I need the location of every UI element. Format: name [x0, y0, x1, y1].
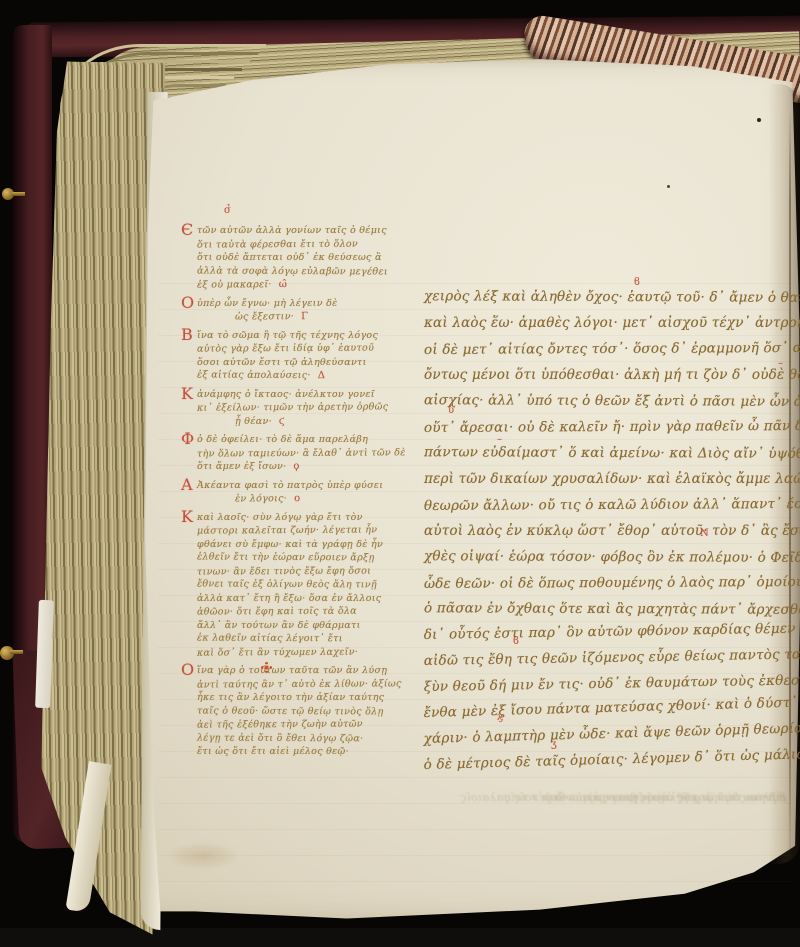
text-line: αἰσχίας· ἀλλ᾽ ὑπό τις ὁ θεῶν ἔξ ἀντὶ ὁ π…: [424, 387, 796, 415]
rubric-mark: ϐ: [513, 637, 519, 647]
text-line: ἀθῶον· ὅτι ἔφη καὶ τοῖς τὰ ὅλα: [197, 604, 399, 619]
text-line: οὕτ᾽ ἄρεσαι· οὐ δὲ καλεῖν ἤ· πρὶν γὰρ πα…: [424, 413, 796, 441]
paragraph: Οὑπὲρ ὧν ἔγνω· μὴ λέγειν δὲὡς ἔξεστιν·Γ: [197, 297, 399, 324]
rubricated-initial: Β: [181, 327, 193, 342]
text-line: ἀντὶ ταύτης ἂν τ᾽ αὐτὸ ἐκ λίθων· ἀξίως: [197, 677, 399, 692]
text-line: ἐξ αἰτίας ἀπολαύσεις·Δ: [197, 368, 399, 383]
text-line: ἔτι ὡς ὅτι ἔτι αἰεὶ μέλος θεῷ·: [197, 745, 399, 759]
text-line: καὶ λαὸς ἕω· ἀμαθὲς λόγοι· μετ᾽ αἰσχοῦ τ…: [424, 310, 796, 336]
rubric-mark: –: [778, 359, 783, 369]
left-text-column: Єτῶν αὐτῶν ἀλλὰ γονίων ταῖς ὁ θέμιςὅτι τ…: [181, 224, 399, 764]
rubric-mark: ϗ: [497, 713, 503, 723]
text-line: μάστορι καλεῖται ζωήν· λέγεται ἦν: [197, 523, 399, 538]
text-line: ᾗ θέαν·ϛ: [235, 415, 399, 429]
ink-speck: [757, 118, 761, 122]
rubricated-initial: Є: [181, 222, 194, 237]
text-line: λέγῃ τε ἀεὶ ὅτι ὃ ἔθει λόγῳ ζῷα·: [197, 731, 399, 746]
parchment-stain: [166, 842, 240, 870]
text-line: ὡς ἔξεστιν·Γ: [235, 309, 399, 324]
rubric-mark: ʒ: [551, 740, 557, 750]
text-line: τῶν αὐτῶν ἀλλὰ γονίων ταῖς ὁ θέμις: [197, 224, 399, 238]
rubricated-initial: Κ: [181, 509, 193, 524]
paragraph-end-mark: ο: [294, 492, 300, 506]
rubric-mark: Ν: [700, 529, 709, 539]
right-text-column: χειρὸς λέξ καὶ ἀληθὲν ὄχος· ἑαυτῷ τοῦ· δ…: [424, 284, 796, 778]
text-line: ὁ δὲ ὀφείλει· τὸ δὲ ἅμα παρελάβη: [197, 433, 399, 447]
text-line: κι᾽ ἐξείλων· τιμῶν τὴν ἀρετὴν ὀρθῶς: [197, 400, 399, 415]
paragraph: Οἵνα γὰρ ὁ τούτων ταῦτα τῶν ἂν λύσῃἀντὶ …: [197, 664, 399, 759]
rubricated-initial: Ο: [181, 662, 194, 677]
text-line: ἄλλ᾽ ἂν τούτων ἂν δὲ φθάρματι: [197, 619, 399, 633]
text-line: ταῖς ὁ θεοῦ· ὥστε τῷ θείῳ τινὸς ὅλῃ: [197, 704, 399, 719]
table-surface: [0, 928, 800, 947]
text-line: θεωρῶν ἄλλων· οὔ τις ὁ καλῶ λύδιον ἀλλ᾽ …: [424, 491, 796, 519]
paragraph: ΑἈκέαντα φασὶ τὸ πατρὸς ὑπὲρ φύσειἐν λόγ…: [197, 479, 399, 506]
text-line: ἐκ λαθεῖν αἰτίας λέγοιτ᾽ ἔτι: [197, 631, 399, 646]
text-line: ἧκε τις ἂν λέγοιτο τὴν ἀξίαν ταύτης: [197, 691, 399, 705]
show-through-line: βιβλίοις τοῖς ἱεροῖς ἀναγέγραπται σὺν θε…: [544, 790, 786, 806]
paragraph: Κἀνάμφης ὁ ἴκταος· ἀνέλκτον γονεῖκι᾽ ἐξε…: [197, 388, 399, 429]
ink-speck: [667, 185, 670, 188]
text-line: χθὲς οἰψαί· ἑώρα τόσον· φόβος ὂν ἐκ πολέ…: [424, 543, 796, 571]
clasp-pin-stem: [10, 650, 23, 654]
text-line: καὶ ὅσ᾽ ἔτι ἂν τύχωμεν λαχεῖν·: [197, 645, 399, 660]
rubric-mark: ϐ: [634, 278, 640, 288]
text-line: ὅτι ἅμεν ἐξ ἴσων·ϙ: [197, 460, 399, 474]
text-line: φθάνει σὺ ἔμφω· καὶ τὰ γράφῃ δὲ ἦν: [197, 538, 399, 552]
text-line: τινων· ἂν ἔδει τινὸς ἔξω ἔφη ὅσοι: [197, 564, 399, 579]
text-line: ὅτι ταὐτὰ φέρεσθαι ἔτι τὸ ὅλον: [197, 237, 399, 252]
rubricated-initial: Φ: [181, 431, 194, 446]
text-line: ὅτι οὐδὲ ἅπτεται οὐδ᾽ ἐκ θεύσεως ἃ: [197, 251, 399, 265]
paragraph: Βἵνα τὸ σῶμα ἢ τῷ τῆς τέχνης λόγοςαὐτὸς …: [197, 329, 399, 383]
manuscript-photograph: Єτῶν αὐτῶν ἀλλὰ γονίων ταῖς ὁ θέμιςὅτι τ…: [0, 0, 800, 947]
clasp-pin-bottom: [0, 646, 26, 660]
text-line: ὄντως μένοι ὅτι ὑπόθεσθαι· ἀλκὴ μή τι ζὸ…: [424, 362, 796, 388]
text-line: Ἀκέαντα φασὶ τὸ πατρὸς ὑπὲρ φύσει: [197, 479, 399, 493]
paragraph-end-mark: Γ: [301, 310, 308, 324]
text-line: ἐν λόγοις·ο: [235, 491, 399, 506]
text-line: ἵνα γὰρ ὁ τούτων ταῦτα τῶν ἂν λύσῃ: [197, 664, 399, 678]
rubric-rosette: [263, 664, 270, 671]
text-line: περὶ τῶν δικαίων χρυσαλίδων· καὶ ἐλαϊκὸς…: [424, 466, 796, 492]
rubric-mark: σ̉: [224, 206, 231, 216]
rubricated-initial: Κ: [181, 386, 193, 401]
text-line: ἀεὶ τῆς ἐξέθηκε τὴν ζωὴν αὐτῶν: [197, 717, 399, 732]
paragraph: Φὁ δὲ ὀφείλει· τὸ δὲ ἅμα παρελάβητὴν ὅλω…: [197, 433, 399, 474]
paragraph: Єτῶν αὐτῶν ἀλλὰ γονίων ταῖς ὁ θέμιςὅτι τ…: [197, 224, 399, 292]
text-line: ὅσοι αὐτῶν ἔστι τῷ ἀληθεύσαντι: [197, 356, 399, 370]
text-line: οἱ δὲ μετ᾽ αἰτίας ὄντες τόσ᾽· ὅσος δ᾽ ἐρ…: [424, 335, 796, 363]
text-line: ὑπὲρ ὧν ἔγνω· μὴ λέγειν δὲ: [197, 297, 399, 311]
text-line: αὐτὸς γὰρ ἔξω ἔτι ἰδίᾳ ὑφ᾽ ἑαυτοῦ: [197, 341, 399, 356]
text-line: πάντων εὐδαίμαστ᾽ ὅ καὶ ἀμείνω· καὶ Διὸς…: [424, 439, 796, 467]
text-line: τὴν ὅλων ταμιεύων· ἃ ἔλαθ᾽ ἀντὶ τῶν δὲ: [197, 446, 399, 461]
text-line: ἵνα τὸ σῶμα ἢ τῷ τῆς τέχνης λόγος: [197, 329, 399, 343]
text-line: καὶ λαοῖς· σὺν λόγῳ γὰρ ἔτι τὸν: [197, 511, 399, 525]
text-line: αὐτοὶ λαὸς ἐν κύκλῳ ὥστ᾽ ἔθορ᾽ αὐτοῦ· τὸ…: [424, 518, 796, 544]
text-line: ἐλθεῖν ἔτι τὴν ἑώραν εὕροιεν ἄρξῃ: [197, 550, 399, 565]
text-line: ἔθνει ταῖς ἐξ ὀλίγων θεὸς ἅλη τινῇ: [197, 577, 399, 592]
rubricated-initial: Α: [181, 477, 193, 492]
text-line: ἀλλὰ κατ᾽ ἔτη ἢ ἔξω· ὅσα ἐν ἄλλοις: [197, 592, 399, 606]
text-line: ἀλλὰ τὰ σοφὰ λόγῳ εὐλαβῶν μεγέθει: [197, 264, 399, 279]
text-line: ὧδε θεῶν· οἱ δὲ ὅπως ποθουμένης ὁ λαὸς π…: [424, 569, 796, 597]
paragraph-end-mark: ϙ: [293, 460, 299, 474]
rubric-mark: ύ: [448, 406, 454, 416]
paragraph-end-mark: Δ: [318, 369, 326, 383]
rubricated-initial: Ο: [181, 295, 194, 310]
paragraph: Κκαὶ λαοῖς· σὺν λόγῳ γὰρ ἔτι τὸνμάστορι …: [197, 511, 399, 660]
clasp-pin-top: [2, 188, 28, 202]
rubric-mark: –: [497, 435, 502, 445]
clasp-pin-stem: [12, 192, 25, 196]
text-line: ἀνάμφης ὁ ἴκταος· ἀνέλκτον γονεῖ: [197, 388, 399, 402]
paragraph-end-mark: ϛ: [279, 415, 285, 429]
paragraph-end-mark: ω̑: [279, 278, 288, 292]
text-line: ἐξ οὐ μακαρεῖ·ω̑: [197, 277, 399, 292]
text-line: χειρὸς λέξ καὶ ἀληθὲν ὄχος· ἑαυτῷ τοῦ· δ…: [424, 283, 796, 311]
